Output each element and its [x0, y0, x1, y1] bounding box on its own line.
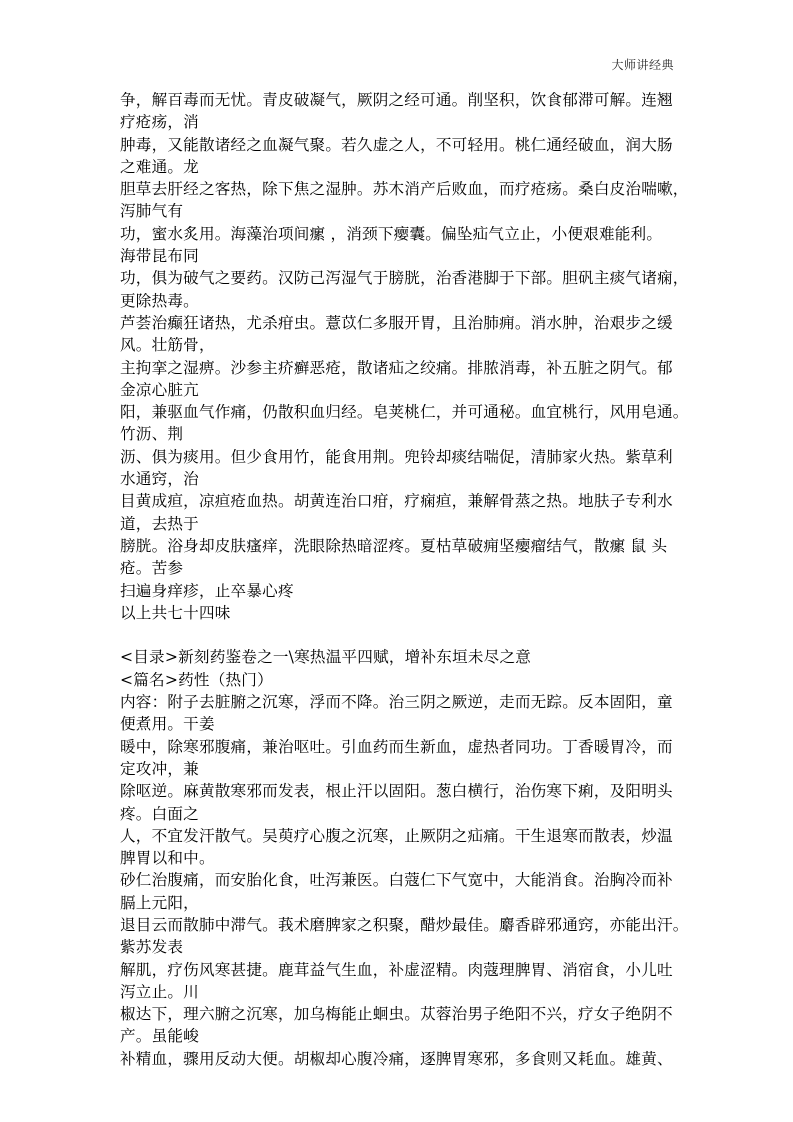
text-line: 争，解百毒而无忧。青皮破凝气，厥阴之经可通。削坚积，饮食郁滞可解。连翘	[120, 89, 680, 111]
text-line: 膀胱。浴身却皮肤瘙痒，洗眼除热暗涩疼。夏枯草破痈坚瘿瘤结气，散瘰 鼠 头	[120, 535, 680, 557]
text-line: 水通窍，治	[120, 468, 680, 490]
text-line: 海带昆布同	[120, 245, 680, 267]
text-line: 阳，兼驱血气作痛，仍散积血归经。皂荚桃仁，并可通秘。血宜桃行，风用皂通。	[120, 401, 680, 423]
text-line: 退目云而散肺中滞气。莪术磨脾家之积聚，醋炒最佳。麝香辟邪通窍，亦能出汗。	[120, 914, 680, 936]
text-line: 芦荟治癫狂诸热，尤杀疳虫。薏苡仁多服开胃，且治肺痈。消水肿，治艰步之缓	[120, 312, 680, 334]
text-line: 定攻冲，兼	[120, 758, 680, 780]
section-summary: 以上共七十四味	[120, 602, 680, 624]
text-line: 便煮用。干姜	[120, 713, 680, 735]
text-line: 之难通。龙	[120, 156, 680, 178]
text-line: 补精血，骤用反动大便。胡椒却心腹冷痛，逐脾胃寒邪，多食则又耗血。雄黄、	[120, 1048, 680, 1070]
document-body: 争，解百毒而无忧。青皮破凝气，厥阴之经可通。削坚积，饮食郁滞可解。连翘 疗疮疡，…	[120, 89, 680, 1070]
blank-line	[120, 624, 680, 646]
text-line: 膈上元阳，	[120, 892, 680, 914]
section-hot-medicines: <目录>新刻药鉴卷之一\寒热温平四赋，增补东垣未尽之意 <篇名>药性（热门） 内…	[120, 646, 680, 1070]
text-line: 更除热毒。	[120, 290, 680, 312]
text-line: 暖中，除寒邪腹痛，兼治呕吐。引血药而生新血，虚热者同功。丁香暖胃冷，而	[120, 736, 680, 758]
text-line: 功，俱为破气之要药。汉防己泻湿气于膀胱，治香港脚于下部。胆矾主痰气诸痫，	[120, 267, 680, 289]
text-line: 肿毒，又能散诸经之血凝气聚。若久虚之人，不可轻用。桃仁通经破血，润大肠	[120, 134, 680, 156]
text-line: 目黄成疸，凉疸疮血热。胡黄连治口疳，疗痫疸，兼解骨蒸之热。地肤子专利水	[120, 490, 680, 512]
table-of-contents-entry: <目录>新刻药鉴卷之一\寒热温平四赋，增补东垣未尽之意	[120, 646, 680, 668]
text-line: 人，不宜发汗散气。吴萸疗心腹之沉寒，止厥阴之疝痛。干生退寒而散表，炒温	[120, 825, 680, 847]
chapter-title: <篇名>药性（热门）	[120, 669, 680, 691]
text-line: 金凉心脏亢	[120, 379, 680, 401]
text-line: 沥、俱为痰用。但少食用竹，能食用荆。兜铃却痰结喘促，清肺家火热。紫草利	[120, 446, 680, 468]
text-line: 疼。白面之	[120, 803, 680, 825]
text-line: 疮。苦参	[120, 557, 680, 579]
text-line: 竹沥、荆	[120, 423, 680, 445]
text-line: 疗疮疡，消	[120, 111, 680, 133]
text-line: 解肌，疗伤风寒甚捷。鹿茸益气生血，补虚涩精。肉蔻理脾胃、消宿食，小儿吐	[120, 959, 680, 981]
text-line: 扫遍身痒疹，止卒暴心疼	[120, 580, 680, 602]
text-line: 风。壮筋骨，	[120, 334, 680, 356]
text-line: 除呕逆。麻黄散寒邪而发表，根止汗以固阳。葱白横行，治伤寒下痢，及阳明头	[120, 780, 680, 802]
text-line: 道，去热于	[120, 513, 680, 535]
text-line: 内容：附子去脏腑之沉寒，浮而不降。治三阴之厥逆，走而无踪。反本固阳，童	[120, 691, 680, 713]
text-line: 脾胃以和中。	[120, 847, 680, 869]
text-line: 紫苏发表	[120, 936, 680, 958]
page-header-title: 大师讲经典	[611, 57, 674, 73]
text-line: 功，蜜水炙用。海藻治项间瘰 ，消颈下瘿囊。偏坠疝气立止，小便艰难能利。	[120, 223, 680, 245]
text-line: 砂仁治腹痛，而安胎化食，吐泻兼医。白蔻仁下气宽中，大能消食。治胸冷而补	[120, 869, 680, 891]
text-line: 产。虽能峻	[120, 1025, 680, 1047]
text-line: 泻立止。川	[120, 981, 680, 1003]
text-line: 胆草去肝经之客热，除下焦之湿肿。苏木消产后败血，而疗疮疡。桑白皮治喘嗽，	[120, 178, 680, 200]
text-line: 椒达下，理六腑之沉寒，加乌梅能止蛔虫。苁蓉治男子绝阳不兴，疗女子绝阴不	[120, 1003, 680, 1025]
text-line: 泻肺气有	[120, 200, 680, 222]
section-herb-list-continued: 争，解百毒而无忧。青皮破凝气，厥阴之经可通。削坚积，饮食郁滞可解。连翘 疗疮疡，…	[120, 89, 680, 624]
text-line: 主拘挛之湿痹。沙参主疥癣恶疮，散诸疝之绞痛。排脓消毒，补五脏之阴气。郁	[120, 357, 680, 379]
